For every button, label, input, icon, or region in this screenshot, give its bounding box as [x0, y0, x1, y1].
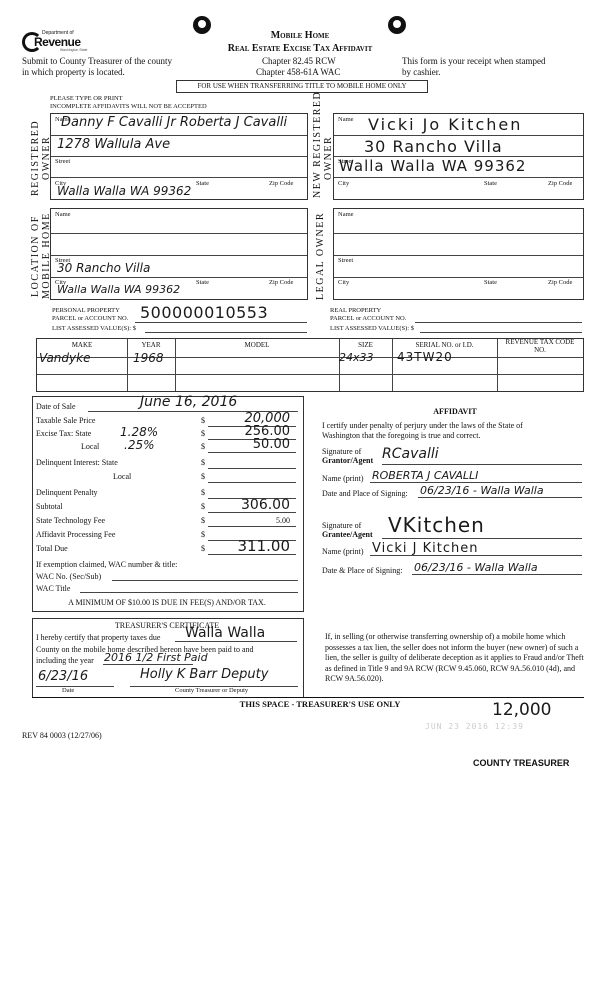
title-line2: Real Estate Excise Tax Affidavit — [170, 43, 430, 54]
form-number: REV 84 0003 (12/27/06) — [22, 731, 102, 740]
dor-logo: Department of Revenue Washington State — [22, 30, 102, 52]
fee-row-delinquent-state: Delinquent Interest: State$ — [36, 458, 296, 470]
personal-parcel-label-2: PARCEL or ACCOUNT NO. — [52, 315, 128, 322]
location-label: LOCATION OFMOBILE HOME — [30, 212, 52, 300]
grantee-sig-label-2: Grantee/Agent — [322, 530, 373, 539]
new-owner-label: NEW REGISTEREDOWNER — [312, 118, 334, 198]
treasurer-date[interactable]: 6/23/16 — [38, 669, 88, 684]
new-owner-address[interactable]: 30 Rancho Villa — [364, 137, 503, 156]
grantor-sig-label-2: Grantor/Agent — [322, 456, 373, 465]
street-label: Street — [338, 257, 353, 264]
real-parcel-label-2: PARCEL or ACCOUNT NO. — [330, 315, 406, 322]
zip-label: Zip Code — [269, 279, 293, 286]
treasurer-county[interactable]: Walla Walla — [185, 625, 265, 641]
col-model: MODEL — [175, 341, 339, 349]
name-label: Name — [55, 211, 71, 218]
receipt-note-2: by cashier. — [402, 67, 441, 77]
personal-parcel-number[interactable]: 500000010553 — [140, 303, 268, 322]
fee-row-local-excise: Local.25%$50.00 — [36, 442, 296, 454]
location-box: Name Street 30 Rancho Villa City State Z… — [50, 208, 308, 300]
fee-row-tech-fee: State Technology Fee$5.00 — [36, 516, 296, 528]
chapter-rcw: Chapter 82.45 RCW — [262, 56, 336, 66]
state-label: State — [196, 180, 209, 187]
cell-year[interactable]: 1968 — [133, 351, 164, 365]
real-parcel-label-1: REAL PROPERTY — [330, 307, 381, 314]
logo-name: Revenue — [34, 35, 81, 49]
fee-row-subtotal: Subtotal$306.00 — [36, 502, 296, 514]
treasurer-cert-text-3: including the year — [36, 656, 94, 665]
usage-banner: FOR USE WHEN TRANSFERRING TITLE TO MOBIL… — [176, 80, 428, 93]
state-label: State — [484, 180, 497, 187]
new-owner-box: Name Vicki Jo Kitchen 30 Rancho Villa St… — [333, 113, 584, 200]
wac-no-label: WAC No. (Sec/Sub) — [36, 572, 101, 581]
logo-state: Washington State — [60, 48, 88, 52]
treasurer-signature[interactable]: Holly K Barr Deputy — [140, 667, 268, 682]
registered-owner-address[interactable]: 1278 Wallula Ave — [57, 137, 170, 152]
col-serial: SERIAL NO. or I.D. — [392, 341, 497, 349]
location-street[interactable]: 30 Rancho Villa — [57, 261, 150, 275]
grantor-date-place[interactable]: 06/23/16 - Walla Walla — [420, 484, 544, 497]
date-of-sale[interactable]: June 16, 2016 — [140, 394, 237, 410]
col-size: SIZE — [339, 341, 392, 349]
grantor-sig-label-1: Signature of — [322, 447, 361, 456]
instructions-1: PLEASE TYPE OR PRINT — [50, 95, 123, 102]
exemption-label: If exemption claimed, WAC number & title… — [36, 560, 177, 569]
instructions-2: INCOMPLETE AFFIDAVITS WILL NOT BE ACCEPT… — [50, 103, 207, 110]
affidavit-text-2: Washington that the foregoing is true an… — [322, 431, 480, 440]
city-label: City — [338, 279, 349, 286]
treasurer-year[interactable]: 2016 1/2 First Paid — [104, 651, 208, 664]
cashier-stamp: JUN 23 2016 12:39 — [425, 722, 524, 731]
wac-title-label: WAC Title — [36, 584, 70, 593]
fee-row-delinquent-local: Local$ — [36, 472, 296, 484]
grantee-name-label: Name (print) — [322, 547, 364, 556]
name-label: Name — [338, 211, 354, 218]
grantee-sig-label-1: Signature of — [322, 521, 361, 530]
city-label: City — [338, 180, 349, 187]
registered-owner-box: Name Danny F Cavalli Jr Roberta J Cavall… — [50, 113, 308, 200]
zip-label: Zip Code — [269, 180, 293, 187]
receipt-note-1: This form is your receipt when stamped — [402, 56, 545, 66]
treasurer-signature-label: County Treasurer or Deputy — [175, 687, 248, 694]
cell-serial[interactable]: 43TW20 — [397, 350, 453, 364]
county-treasurer-stamp: COUNTY TREASURER — [473, 758, 569, 768]
new-owner-city[interactable]: Walla Walla WA 99362 — [339, 157, 526, 175]
state-label: State — [196, 279, 209, 286]
personal-assessed-label: LIST ASSESSED VALUE(S): $ — [52, 325, 136, 332]
grantor-name-label: Name (print) — [322, 474, 364, 483]
treasurer-handwritten-amount: 12,000 — [492, 700, 551, 720]
affidavit-text-1: I certify under penalty of perjury under… — [322, 421, 523, 430]
real-assessed-label: LIST ASSESSED VALUE(S): $ — [330, 325, 414, 332]
grantee-date-label: Date & Place of Signing: — [322, 566, 402, 575]
zip-label: Zip Code — [548, 180, 572, 187]
legal-owner-label: LEGAL OWNER — [315, 212, 326, 300]
date-of-sale-label: Date of Sale — [36, 402, 76, 411]
treasurer-use-label: THIS SPACE - TREASURER'S USE ONLY — [200, 699, 440, 709]
state-label: State — [484, 279, 497, 286]
name-label: Name — [338, 116, 354, 123]
registered-owner-label: REGISTEREDOWNER — [30, 118, 52, 198]
col-tax-code: REVENUE TAX CODE NO. — [502, 338, 578, 354]
zip-label: Zip Code — [548, 279, 572, 286]
submit-note-1: Submit to County Treasurer of the county — [22, 56, 172, 66]
title-line1: Mobile Home — [200, 30, 400, 41]
chapter-wac: Chapter 458-61A WAC — [256, 67, 340, 77]
lien-warning-text: If, in selling (or otherwise transferrin… — [325, 632, 587, 685]
grantor-signature[interactable]: RCavalli — [382, 446, 439, 462]
grantee-name[interactable]: Vicki J Kitchen — [372, 541, 478, 556]
grantee-date-place[interactable]: 06/23/16 - Walla Walla — [414, 561, 538, 574]
legal-owner-box: Name Street City State Zip Code — [333, 208, 584, 300]
registered-owner-name[interactable]: Danny F Cavalli Jr Roberta J Cavalli — [61, 115, 287, 130]
fee-row-total-due: Total Due$311.00 — [36, 544, 296, 556]
grantor-name[interactable]: ROBERTA J CAVALLI — [372, 469, 478, 482]
col-make: MAKE — [37, 341, 127, 349]
treasurer-date-label: Date — [62, 687, 74, 694]
treasurer-cert-text-1: I hereby certify that property taxes due — [36, 633, 160, 642]
grantee-signature[interactable]: VKitchen — [388, 513, 485, 537]
cell-make[interactable]: Vandyke — [39, 351, 90, 365]
cell-size[interactable]: 24x33 — [339, 351, 374, 364]
location-city[interactable]: Walla Walla WA 99362 — [57, 283, 180, 296]
grantor-date-label: Date and Place of Signing: — [322, 489, 408, 498]
street-label: Street — [55, 158, 70, 165]
submit-note-2: in which property is located. — [22, 67, 125, 77]
col-year: YEAR — [127, 341, 175, 349]
registered-owner-city[interactable]: Walla Walla WA 99362 — [57, 184, 191, 198]
affidavit-title: AFFIDAVIT — [320, 407, 590, 416]
personal-parcel-label-1: PERSONAL PROPERTY — [52, 307, 120, 314]
minimum-fee-note: A MINIMUM OF $10.00 IS DUE IN FEE(S) AND… — [32, 598, 302, 607]
new-owner-name[interactable]: Vicki Jo Kitchen — [368, 115, 522, 134]
mobile-home-table: MAKE YEAR MODEL SIZE SERIAL NO. or I.D. … — [36, 338, 584, 392]
